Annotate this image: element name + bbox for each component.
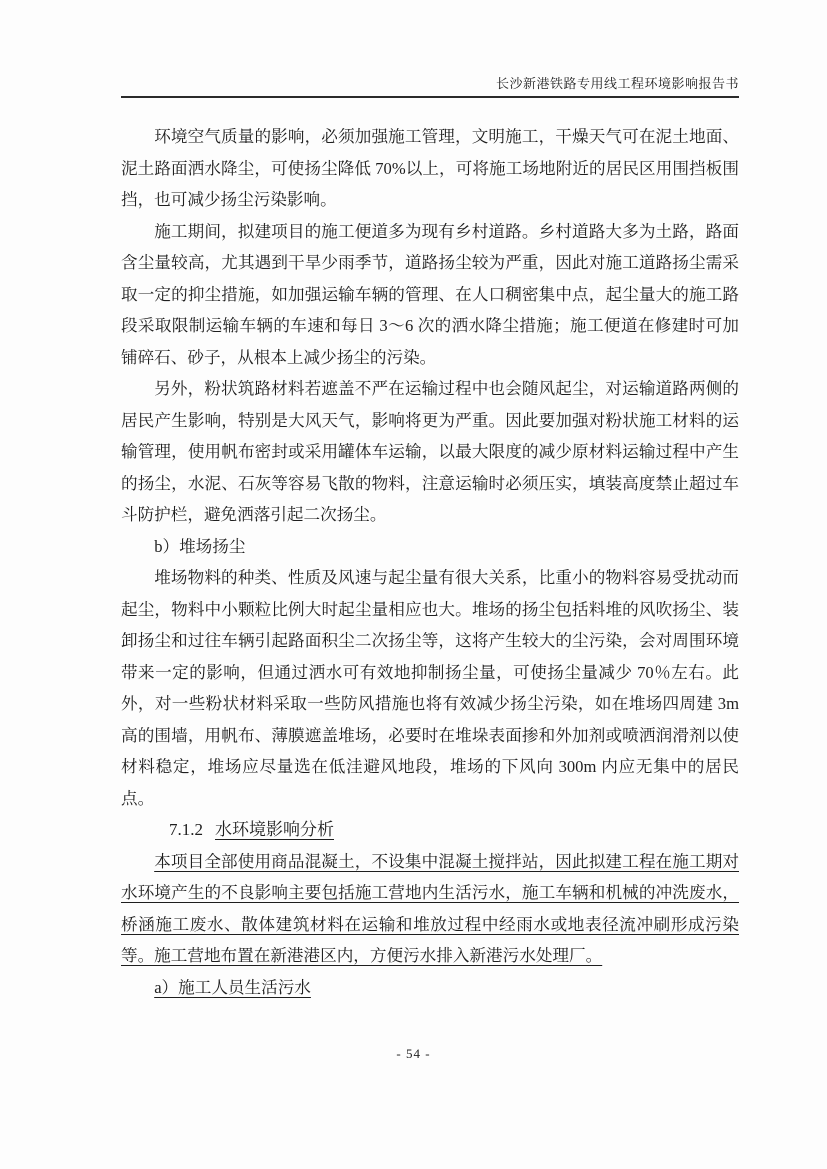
page-number: - 54 - bbox=[396, 1046, 430, 1061]
paragraph-water-environment-impact: 本项目全部使用商品混凝土，不设集中混凝土搅拌站，因此拟建工程在施工期对水环境产生… bbox=[121, 846, 739, 972]
document-page: 长沙新港铁路专用线工程环境影响报告书 环境空气质量的影响，必须加强施工管理，文明… bbox=[0, 0, 827, 1169]
page-header: 长沙新港铁路专用线工程环境影响报告书 bbox=[121, 74, 739, 98]
paragraph-powder-material-transport: 另外，粉状筑路材料若遮盖不严在运输过程中也会随风起尘，对运输道路两侧的居民产生影… bbox=[121, 373, 739, 531]
document-body: 环境空气质量的影响，必须加强施工管理，文明施工，干燥天气可在泥土地面、泥土路面洒… bbox=[121, 121, 739, 1003]
paragraph-air-quality-measures: 环境空气质量的影响，必须加强施工管理，文明施工，干燥天气可在泥土地面、泥土路面洒… bbox=[121, 121, 739, 216]
paragraph-construction-roads-dust: 施工期间，拟建项目的施工便道多为现有乡村道路。乡村道路大多为土路，路面含尘量较高… bbox=[121, 216, 739, 374]
section-number: 7.1.2 bbox=[169, 820, 203, 839]
page-footer: - 54 - bbox=[0, 1046, 827, 1062]
subheading-domestic-sewage: a）施工人员生活污水 bbox=[121, 972, 739, 1004]
section-heading-712: 7.1.2水环境影响分析 bbox=[121, 814, 739, 846]
subheading-stockyard-dust: b）堆场扬尘 bbox=[121, 531, 739, 563]
running-head-title: 长沙新港铁路专用线工程环境影响报告书 bbox=[496, 76, 739, 91]
paragraph-stockyard-dust-analysis: 堆场物料的种类、性质及风速与起尘量有很大关系，比重小的物料容易受扰动而起尘，物料… bbox=[121, 562, 739, 814]
section-title: 水环境影响分析 bbox=[215, 820, 334, 839]
